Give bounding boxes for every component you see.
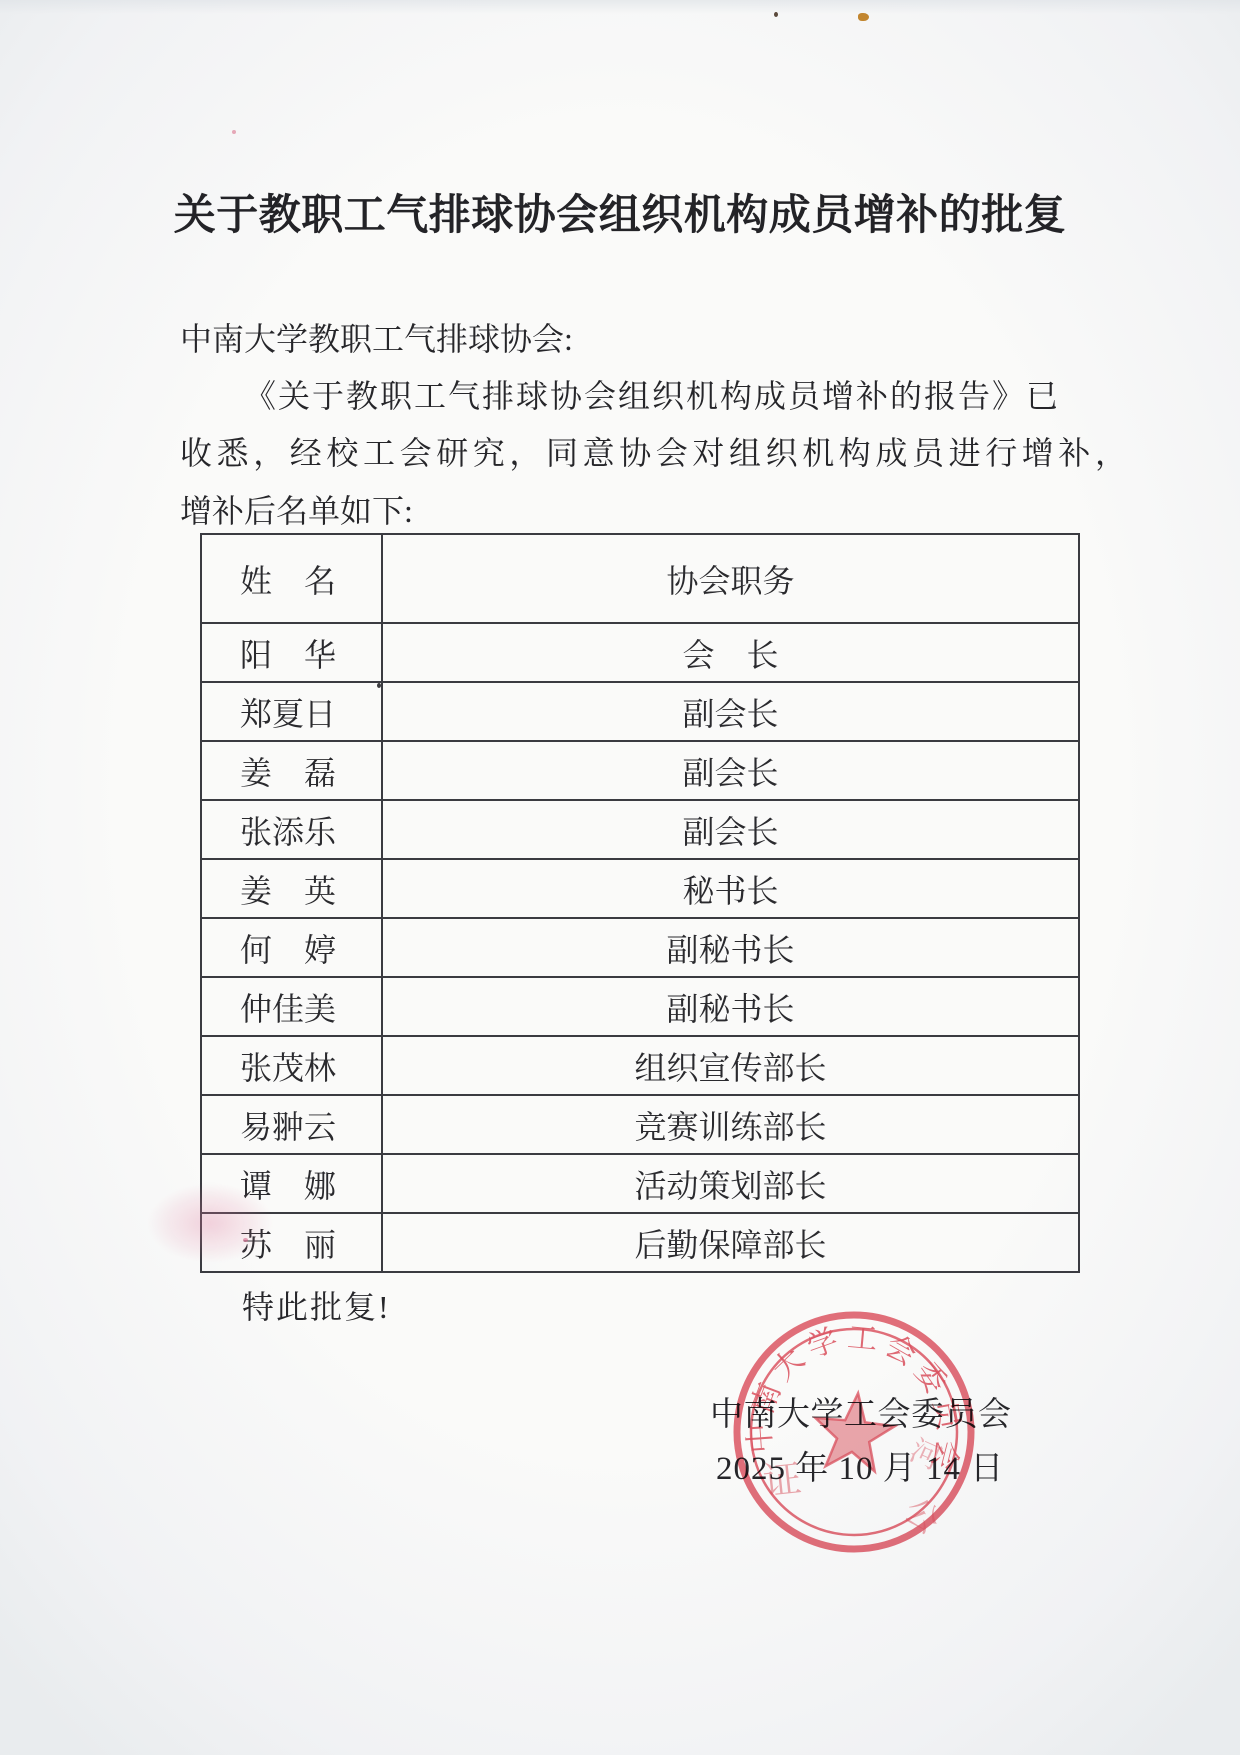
table-row: 张添乐 副会长: [201, 800, 1079, 859]
member-name: 张添乐: [201, 800, 382, 859]
scan-edge-shadow: [0, 0, 1240, 14]
body-line: 《关于教职工气排球协会组织机构成员增补的报告》已: [180, 377, 1075, 415]
member-name: 姜 英: [201, 859, 382, 918]
scanned-document-page: 关于教职工气排球协会组织机构成员增补的批复 中南大学教职工气排球协会: 《关于教…: [0, 0, 1240, 1755]
roster-table: 姓 名 协会职务 阳 华 会 长 郑夏日 副会长 姜 磊 副会长 张添乐 副会长…: [200, 533, 1080, 1273]
member-position: 副秘书长: [382, 918, 1079, 977]
table-row: 姜 磊 副会长: [201, 741, 1079, 800]
table-row: 郑夏日 副会长: [201, 682, 1079, 741]
member-position: 副会长: [382, 741, 1079, 800]
member-position: 副会长: [382, 682, 1079, 741]
closing-line: 特此批复!: [242, 1288, 391, 1326]
member-position: 副秘书长: [382, 977, 1079, 1036]
column-header-name: 姓 名: [201, 534, 382, 623]
table-row: 仲佳美 副秘书长: [201, 977, 1079, 1036]
table-row: 姜 英 秘书长: [201, 859, 1079, 918]
ink-smudge: [148, 1183, 273, 1263]
body-line: 收悉，经校工会研究，同意协会对组织机构成员进行增补，: [180, 434, 1075, 472]
member-name: 易翀云: [201, 1095, 382, 1154]
member-name: 阳 华: [201, 623, 382, 682]
member-name: 张茂林: [201, 1036, 382, 1095]
scan-speck: [377, 683, 381, 688]
member-name: 姜 磊: [201, 741, 382, 800]
member-position: 秘书长: [382, 859, 1079, 918]
member-name: 何 婷: [201, 918, 382, 977]
scan-speck: [243, 1238, 248, 1242]
official-seal-stamp: 中南大学工会委员会 证 河 公: [716, 1294, 993, 1571]
member-position: 活动策划部长: [382, 1154, 1079, 1213]
member-name: 仲佳美: [201, 977, 382, 1036]
table-row: 张茂林 组织宣传部长: [201, 1036, 1079, 1095]
table-header-row: 姓 名 协会职务: [201, 534, 1079, 623]
salutation-line: 中南大学教职工气排球协会:: [180, 320, 573, 358]
scan-speck: [232, 130, 236, 134]
scan-speck: [774, 12, 778, 17]
body-line: 增补后名单如下:: [180, 492, 413, 530]
member-position: 组织宣传部长: [382, 1036, 1079, 1095]
member-name: 郑夏日: [201, 682, 382, 741]
scan-speck: [858, 13, 869, 21]
column-header-position: 协会职务: [382, 534, 1079, 623]
member-position: 竞赛训练部长: [382, 1095, 1079, 1154]
member-position: 副会长: [382, 800, 1079, 859]
document-title: 关于教职工气排球协会组织机构成员增补的批复: [0, 182, 1240, 242]
table-row: 阳 华 会 长: [201, 623, 1079, 682]
table-row: 谭 娜 活动策划部长: [201, 1154, 1079, 1213]
seal-smudge-glyph: 证: [761, 1458, 803, 1504]
member-position: 会 长: [382, 623, 1079, 682]
table-row: 苏 丽 后勤保障部长: [201, 1213, 1079, 1272]
seal-star-icon: [810, 1389, 897, 1473]
member-position: 后勤保障部长: [382, 1213, 1079, 1272]
table-row: 易翀云 竞赛训练部长: [201, 1095, 1079, 1154]
table-row: 何 婷 副秘书长: [201, 918, 1079, 977]
